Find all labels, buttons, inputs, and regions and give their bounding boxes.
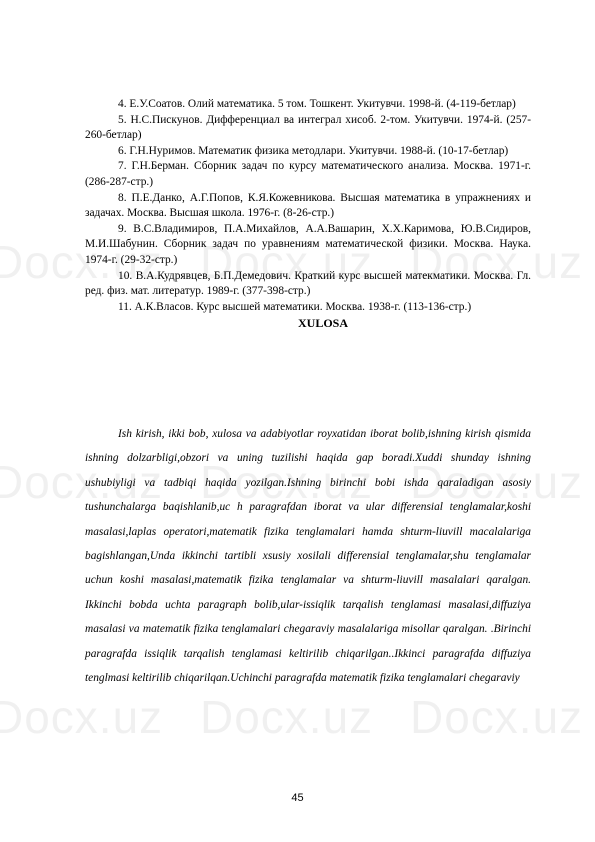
reference-item: 9. В.С.Владимиров, П.А.Михайлов, А.А.Ваш… [85, 222, 531, 269]
reference-item: 5. Н.С.Пискунов. Дифференциал ва интегра… [85, 113, 531, 144]
page-number: 45 [0, 792, 595, 804]
reference-item: 7. Г.Н.Берман. Сборник задач по курсу ма… [85, 159, 531, 190]
watermark: Docx.uz [200, 690, 373, 744]
watermark: Docx.uz [410, 690, 583, 744]
reference-item: 4. Е.У.Соатов. Олий математика. 5 том. Т… [85, 97, 531, 113]
conclusion-paragraph: Ish kirish, ikki bob, xulosa va adabiyot… [85, 422, 531, 690]
reference-item: 6. Г.Н.Нуримов. Математик физика методла… [85, 144, 531, 160]
watermark: Docx.uz [0, 690, 163, 744]
reference-item: 8. П.Е.Данко, А.Г.Попов, К.Я.Кожевникова… [85, 191, 531, 222]
section-heading: XULOSA [85, 315, 531, 331]
reference-item: 10. В.А.Кудрявцев, Б.П.Демедович. Кратки… [85, 269, 531, 300]
references-section: 4. Е.У.Соатов. Олий математика. 5 том. Т… [85, 97, 531, 331]
reference-item: 11. А.К.Власов. Курс высшей математики. … [85, 300, 531, 316]
